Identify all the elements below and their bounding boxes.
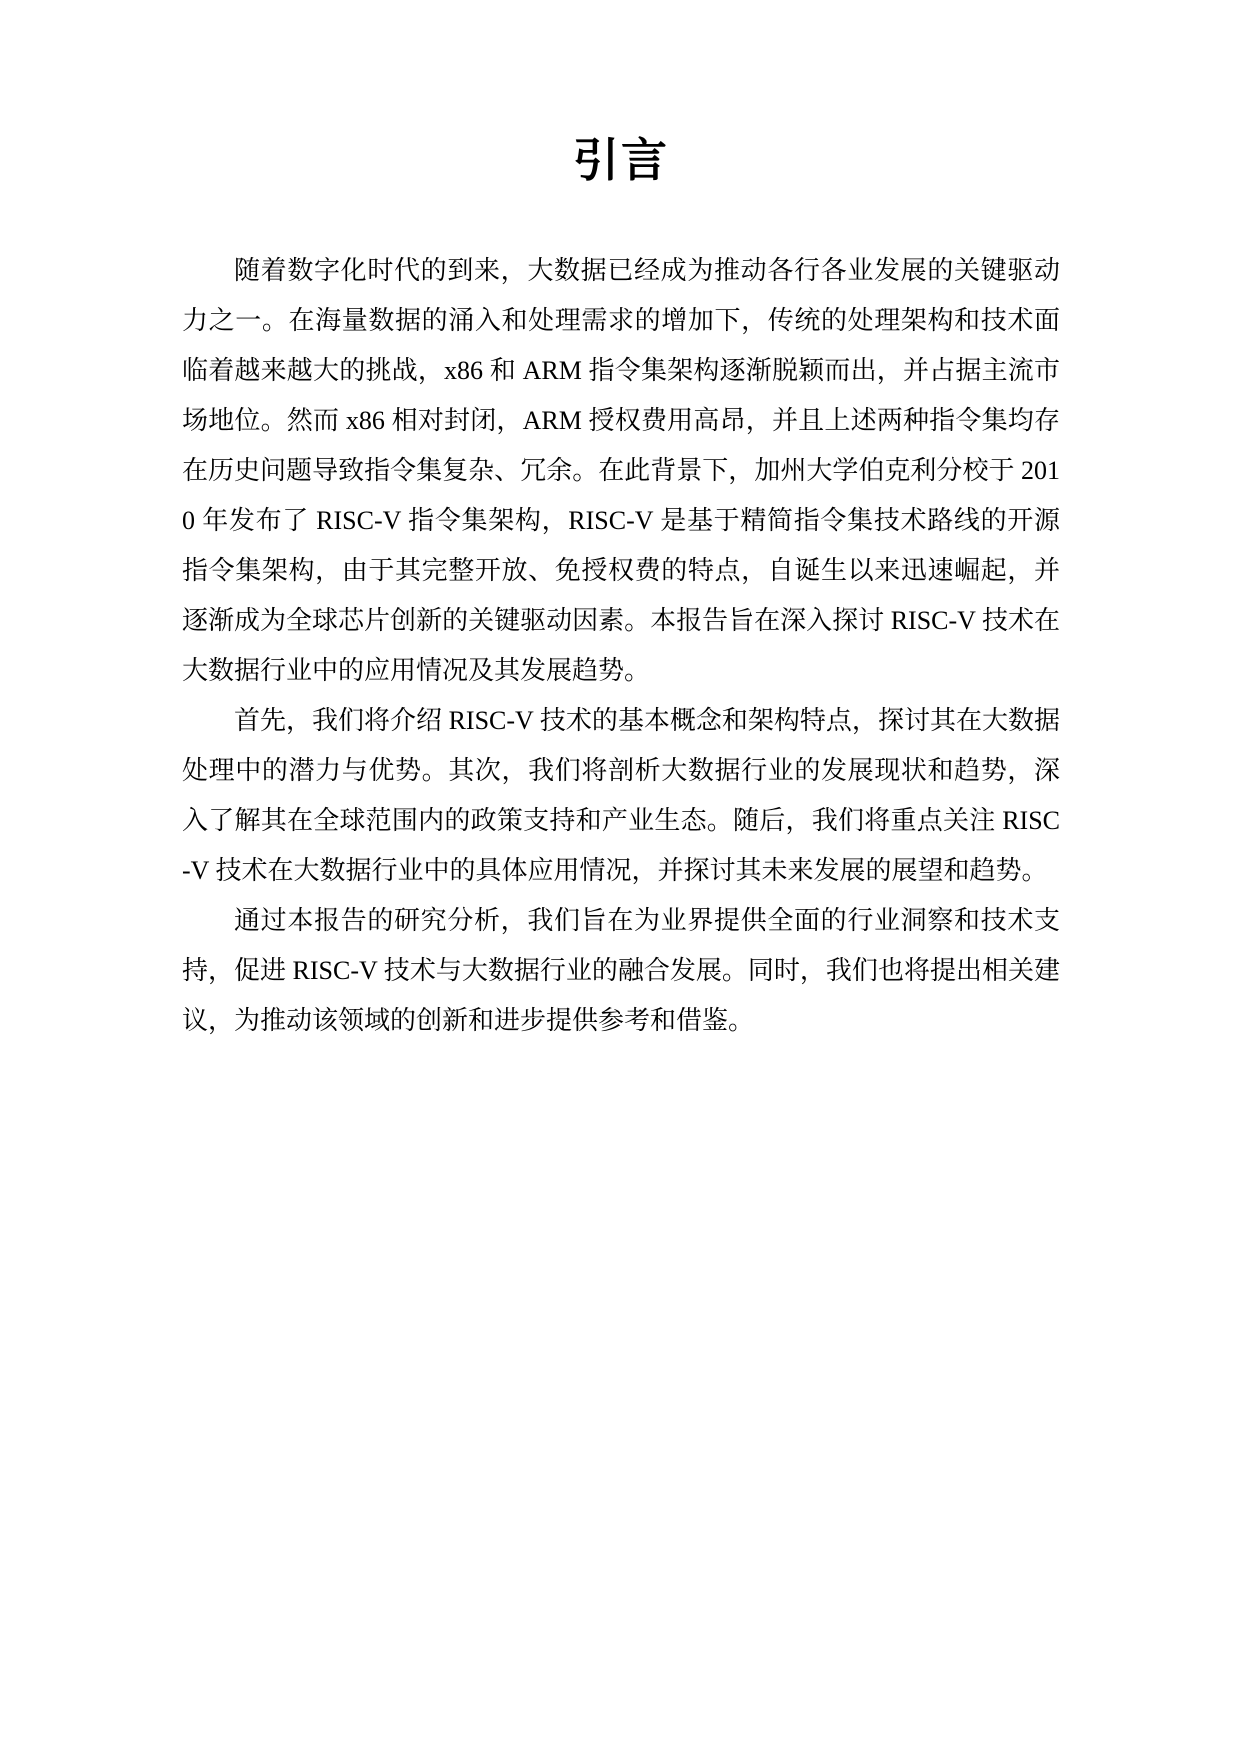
paragraph-report-structure: 首先，我们将介绍 RISC-V 技术的基本概念和架构特点，探讨其在大数据处理中的… xyxy=(182,696,1060,896)
paragraph-report-goal: 通过本报告的研究分析，我们旨在为业界提供全面的行业洞察和技术支持，促进 RISC… xyxy=(182,896,1060,1046)
paragraph-intro-background: 随着数字化时代的到来，大数据已经成为推动各行各业发展的关键驱动力之一。在海量数据… xyxy=(182,246,1060,696)
page-title: 引言 xyxy=(182,128,1060,194)
document-body: 随着数字化时代的到来，大数据已经成为推动各行各业发展的关键驱动力之一。在海量数据… xyxy=(182,246,1060,1046)
document-page: 引言 随着数字化时代的到来，大数据已经成为推动各行各业发展的关键驱动力之一。在海… xyxy=(0,0,1240,1754)
